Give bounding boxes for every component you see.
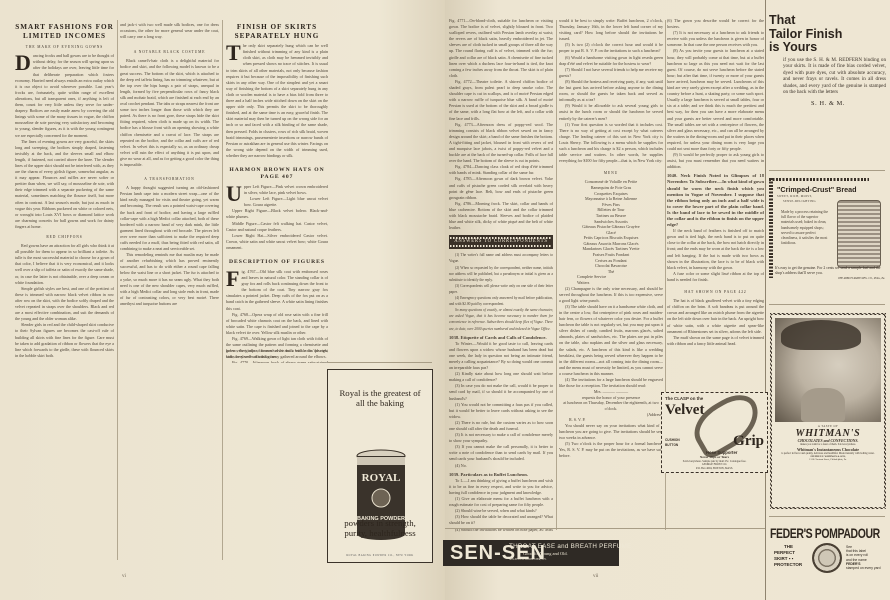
- ad-right-text: See that this label is on every roll and…: [846, 545, 881, 570]
- paragraph: Fig. 4786—Morning frock. The skirt, coll…: [449, 201, 553, 231]
- paragraph: pper Left Figure—Pink velvet crown embro…: [244, 184, 328, 195]
- ad-footer: It's easy to get the genuine. For 2 cent…: [775, 266, 885, 281]
- paragraph: Black camel's-hair cloth is a delightful…: [120, 58, 219, 168]
- ad-headline: That Tailor Finish is Yours: [769, 14, 890, 55]
- menu-title: MENU: [559, 170, 663, 176]
- drop-cap: F: [226, 270, 239, 288]
- ad-signature: S. H. & M.: [766, 100, 890, 107]
- horizontal-rule: [445, 528, 765, 529]
- paragraph: Upper Right Figure—Black velvet bolero. …: [226, 208, 328, 220]
- paragraph: Fig. 4771—On-blond-cloth, suitable for l…: [449, 18, 553, 79]
- ad-border: [769, 178, 773, 278]
- article-title-smart-fashions: SMART FASHIONS FOR LIMITED INCOMES: [15, 23, 114, 40]
- paragraph: (1) Give an elaborate menu for a buffet …: [449, 496, 553, 508]
- page-number: vii: [593, 574, 598, 579]
- paragraph: green velvet toque, trimmed at the back …: [226, 348, 328, 360]
- paragraph: (2) Champagne is the only wine necessary…: [559, 286, 663, 304]
- paragraph: (5) Two o'clock is the proper hour for a…: [559, 441, 663, 459]
- paragraph: To L.—I am thinking of giving a buffet l…: [449, 478, 553, 496]
- paragraph: (7) It is not necessary at a luncheon to…: [667, 30, 764, 48]
- royal-baking-powder-ad[interactable]: Royal is the greatest of all the baking …: [327, 369, 433, 563]
- paragraph: (1) Your first question is so worded tha…: [559, 122, 663, 165]
- sen-sen-ad[interactable]: SEN-SEN THROAT EASE and BREATH PERFUME G…: [443, 540, 619, 566]
- right-page: Fig. 4771—On-blond-cloth, suitable for l…: [445, 0, 890, 600]
- menu-list: Consommé de Volaille en PetiteRamequins …: [559, 179, 663, 285]
- ad-headline: Royal is the greatest of all the baking: [328, 388, 432, 408]
- label-seal-icon: [812, 543, 842, 573]
- ad-company: SEN-SEN CO. ROCHESTER, N.Y.: [509, 558, 546, 561]
- paragraph: This remodeling reminds me that muslin m…: [120, 252, 219, 307]
- velvet-grip-ad[interactable]: The CLASP on the Velvet Grip CUSHIONBUTT…: [661, 392, 768, 473]
- paragraph: he only skirt separately hung which can …: [226, 43, 328, 158]
- article-subtitle: THE MAKE OF EVENING GOWNS: [15, 44, 114, 50]
- horizontal-rule: [769, 170, 885, 171]
- right-col-2: would it be best to simply write: Buffet…: [559, 18, 663, 530]
- paragraph: Lower Right Hat—Silver embroidered Casto…: [226, 233, 328, 251]
- left-col-1: SMART FASHIONS FOR LIMITED INCOMES THE M…: [15, 18, 114, 573]
- paragraph: Fig. 4773—Afternoon dress of poppy-red w…: [449, 122, 553, 165]
- paragraph: You should never say on your invitations…: [559, 423, 663, 441]
- paragraph: Fig. 4785—Afternoon gown of dark brown v…: [449, 176, 553, 200]
- rule: (2) When so requested by the corresponde…: [449, 265, 553, 283]
- paragraph: A fuse color or some slight lissé ribbon…: [667, 271, 764, 283]
- rule-note: So many questions of exactly, or almost …: [449, 307, 553, 331]
- paragraph: A happy thought suggested turning an old…: [120, 185, 219, 252]
- paragraph: (4) The invitations for a large luncheon…: [559, 377, 663, 389]
- headline-line: That: [769, 14, 890, 28]
- ad-footer: Never Slips or Tears Sold everywhere. Sa…: [662, 456, 767, 470]
- company: THE ABBOTT-PAINE MFG. CO., Phila., Pa.: [775, 276, 885, 281]
- paragraph: Red gowns have an attraction for all gir…: [15, 243, 114, 286]
- paragraph: (2) Kindly state about how long one shou…: [449, 371, 553, 383]
- label-line: stamped on every yard: [846, 566, 881, 570]
- footer-text: It's easy to get the genuine. For 2 cent…: [775, 266, 885, 276]
- hand-shape: [801, 388, 845, 422]
- paragraph: (3) In case you do not make the call, wo…: [449, 383, 553, 401]
- paragraph: Fig. 4772—Theatre toilette. A shirred ch…: [449, 79, 553, 122]
- paragraph: The muff shown on the same page is of ve…: [667, 335, 764, 347]
- redfern-tailor-finish-ad[interactable]: That Tailor Finish is Yours if you use t…: [766, 0, 890, 160]
- drop-cap: D: [15, 54, 31, 72]
- paragraph: (8) As you invite your guests to luncheo…: [667, 48, 764, 152]
- banner-label: ANSWERS TO CORRESPONDENTS: [454, 239, 548, 244]
- paragraph: (3) If you cannot make the call personal…: [449, 444, 553, 462]
- right-col-1: Fig. 4771—On-blond-cloth, suitable for l…: [449, 18, 553, 533]
- paragraph: Fig. 4768—Opera wrap of old rose satin w…: [226, 312, 328, 336]
- paragraph: (3) It is not necessary to make a call o…: [449, 432, 553, 444]
- paragraph: The lines of evening gowns are very grac…: [15, 139, 114, 230]
- headline-line: Tailor Finish: [769, 28, 890, 42]
- section-title-harmon-brown-hats: HARMON BROWN HATS ON PAGE 407: [226, 167, 328, 181]
- paragraph: Fig. 4784—Dancing class cloak of red dra…: [449, 164, 553, 176]
- column-divider: [222, 20, 223, 560]
- ad-body: powders in strength, purity, healthfulne…: [328, 518, 432, 538]
- ad-brand: WHITMAN'S: [772, 428, 884, 439]
- right-col-3: (6) The gown you describe would be corre…: [667, 18, 764, 388]
- rule: (4) Emergency questions only answered by…: [449, 295, 553, 307]
- bread-loaf-icon: [837, 200, 881, 268]
- paragraph: (6) Would a handsome visiting gown in li…: [559, 55, 663, 67]
- ad-footer: ROYAL BAKING POWDER CO., NEW YORK: [328, 554, 432, 557]
- section-title-black-costume: A NOTABLE BLACK COSTUME: [120, 49, 219, 55]
- drop-cap: U: [226, 185, 242, 203]
- paragraph: (2) There is no rule, but the custom var…: [449, 420, 553, 432]
- section-title-transformation: A TRANSFORMATION: [120, 176, 219, 182]
- ad-kicker: The CLASP on the: [665, 396, 703, 401]
- drop-cap: T: [226, 44, 241, 62]
- ad-text: A TASTE OF WHITMAN'S CHOCOLATES and CONF…: [772, 425, 884, 461]
- paragraph: (4) No.: [449, 463, 553, 469]
- paragraph: Simple girlish styles are best, and one …: [15, 286, 114, 323]
- ad-brand: FEDER'S POMPADOUR: [770, 527, 888, 542]
- rule: (3) Correspondents will please write onl…: [449, 283, 553, 295]
- paragraph: (7) Should I not have several friends to…: [559, 67, 663, 79]
- paragraph: (3) The table should have on it a handso…: [559, 304, 663, 377]
- paragraph: (6) The gown you describe would be corre…: [667, 18, 764, 30]
- paragraph: (5) Is two (2) o'clock the correct hour …: [559, 42, 663, 54]
- paragraph: Slender girls in red and the child-shape…: [15, 322, 114, 359]
- paragraph: (1) You would not be committing a faux p…: [449, 402, 553, 420]
- left-col-3-tail: green velvet toque, trimmed at the back …: [226, 348, 328, 368]
- crimped-crust-bread-ad[interactable]: "Crimped-Crust" Bread SWEET, RICH, MOIST…: [769, 178, 887, 290]
- subtitle-line: SWEET, RICH, MOIST,: [777, 195, 816, 200]
- rule: (1) The writer's full name and address m…: [449, 252, 553, 264]
- paragraph: (9) Would it be allowable to ask several…: [559, 103, 663, 121]
- question-title-1038: 1038. Etiquette of Cards and Calls of Co…: [449, 335, 553, 341]
- label-line: CUSHION: [665, 438, 680, 443]
- hair-shape: [781, 320, 861, 350]
- ad-headline: "Crimped-Crust" Bread: [777, 185, 857, 194]
- label-line: PROTECTOR: [774, 562, 802, 568]
- horizontal-rule: [328, 362, 432, 363]
- woman-portrait-photo: [775, 318, 881, 422]
- ad-word: Grip: [733, 433, 764, 449]
- column-divider: [117, 20, 118, 560]
- ad-body: Made by a process retaining the full fla…: [781, 210, 831, 246]
- ad-left-text: THE PERFECT SKIRT ▪ ▪ PROTECTOR: [774, 544, 802, 568]
- paragraph: Middle Figure—Castor felt walking hat. C…: [226, 221, 328, 233]
- left-page: SMART FASHIONS FOR LIMITED INCOMES THE M…: [0, 0, 445, 600]
- horizontal-rule: [769, 516, 885, 517]
- paragraph: (9) It would be perfectly proper to ask …: [667, 152, 764, 170]
- invitation-sample: Mrs. ——— ———requests the honor of your p…: [559, 389, 663, 423]
- column-divider: [556, 20, 557, 530]
- label-line: BUTTON: [665, 443, 680, 448]
- paragraph: If the neck band of feathers is finished…: [667, 228, 764, 271]
- section-title-hat-shown: HAT SHOWN ON PAGE 422: [667, 289, 764, 295]
- paragraph: (8) Should the hostess and receiving par…: [559, 79, 663, 103]
- horizontal-rule: [769, 304, 885, 305]
- section-title-red-chiffons: RED CHIFFONS: [15, 234, 114, 240]
- address: P.O. Box 4604, BOSTON, MASS.: [662, 467, 767, 471]
- paragraph: and jack-t with two well made silk bodic…: [120, 22, 219, 40]
- left-col-3: FINISH OF SKIRTS SEPARATELY HUNG The onl…: [226, 18, 328, 363]
- ad-tagline: Good for Young and Old.: [523, 551, 568, 556]
- feders-pompadour-ad[interactable]: FEDER'S POMPADOUR THE PERFECT SKIRT ▪ ▪ …: [770, 527, 888, 577]
- question-title-1040: 1040. Neck Finish Noted in Glimpses of 1…: [667, 173, 764, 228]
- address: 1316 Chestnut Street, Philadelphia, Pa.: [772, 458, 884, 461]
- subtitle-line: SENSE-DELIGHTING: [777, 200, 816, 205]
- ad-border: [769, 178, 869, 181]
- paragraph: (3) How should the table be decorated an…: [449, 514, 553, 526]
- whitmans-chocolates-ad[interactable]: A TASTE OF WHITMAN'S CHOCOLATES and CONF…: [770, 313, 886, 509]
- paragraph: To Winter.—Would it be good taste to cal…: [449, 341, 553, 371]
- answers-to-correspondents-banner: ANSWERS TO CORRESPONDENTS: [449, 235, 553, 249]
- ad-body: if you use the S. H. & M. REDFERN bindin…: [783, 57, 886, 96]
- paragraph: The hat is of black gauffered velvet wit…: [667, 298, 764, 335]
- ad-word: Velvet: [665, 402, 704, 418]
- ad-subtitle: SWEET, RICH, MOIST, SENSE-DELIGHTING: [777, 195, 816, 204]
- ad-tagline: THROAT EASE and BREATH PERFUME: [509, 543, 631, 550]
- invitation-line: at luncheon on Thursday, December the ei…: [559, 400, 663, 411]
- paragraph: would it be best to simply write: Buffet…: [559, 18, 663, 42]
- article-title-finish-of-skirts: FINISH OF SKIRTS SEPARATELY HUNG: [226, 23, 328, 40]
- headline-line: is Yours: [769, 41, 890, 55]
- left-col-2: and jack-t with two well made silk bodic…: [120, 22, 219, 577]
- paragraph: ig. 4767—Old blue silk coat with embosse…: [226, 269, 328, 311]
- ad-label: CUSHIONBUTTON: [665, 438, 680, 447]
- page-number: vi: [122, 574, 126, 579]
- section-title-description-of-figures: DESCRIPTION OF FIGURES: [226, 259, 328, 266]
- can-label: ROYAL: [362, 472, 401, 484]
